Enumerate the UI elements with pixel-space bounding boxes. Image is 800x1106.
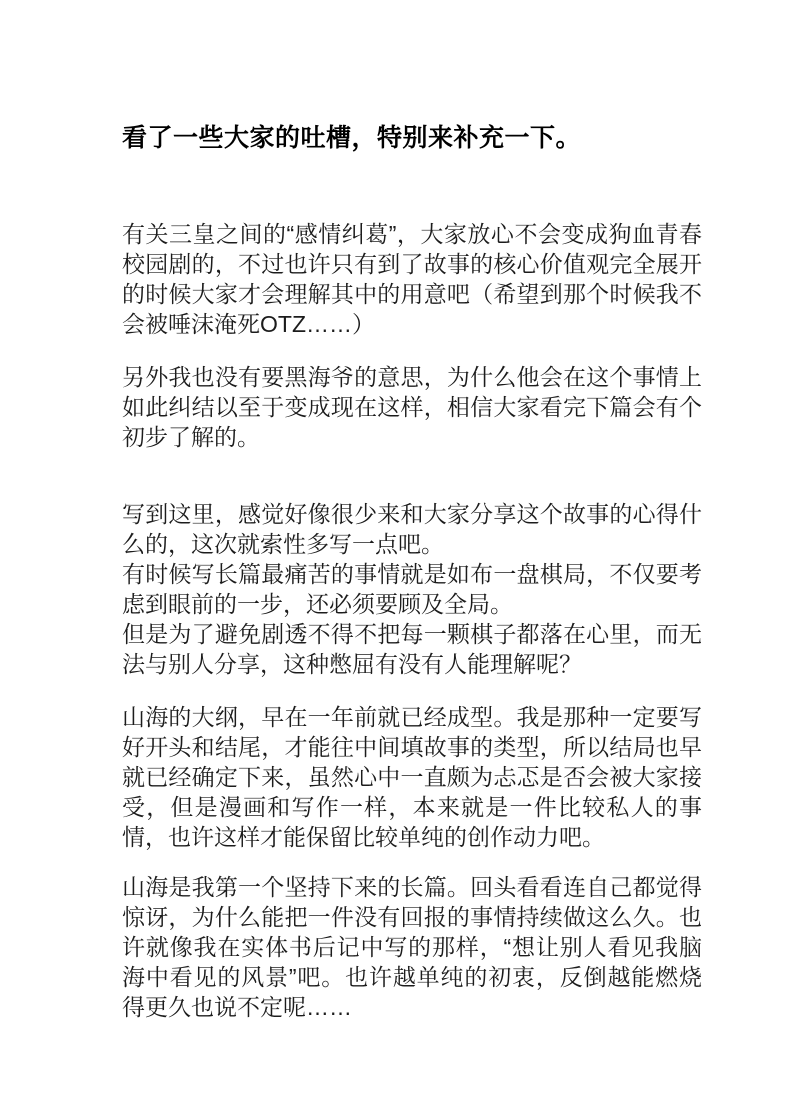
paragraph-shanhai-outline: 山海的大纲，早在一年前就已经成型。我是那种一定要写好开头和结尾，才能往中间填故事… bbox=[122, 702, 702, 852]
page-title: 看了一些大家的吐槽，特别来补充一下。 bbox=[122, 121, 702, 155]
paragraph-hai-ye: 另外我也没有要黑海爷的意思，为什么他会在这个事情上如此纠结以至于变成现在这样，相… bbox=[122, 362, 702, 452]
paragraph-shanhai-persistence: 山海是我第一个坚持下来的长篇。回头看看连自己都觉得惊讶，为什么能把一件没有回报的… bbox=[122, 872, 702, 1022]
document-page: 看了一些大家的吐槽，特别来补充一下。 有关三皇之间的“感情纠葛”，大家放心不会变… bbox=[122, 121, 702, 1022]
paragraph-feelings-entanglement: 有关三皇之间的“感情纠葛”，大家放心不会变成狗血青春校园剧的，不过也许只有到了故… bbox=[122, 219, 702, 339]
paragraph-writing-chess: 写到这里，感觉好像很少来和大家分享这个故事的心得什么的，这次就索性多写一点吧。 … bbox=[122, 499, 702, 679]
